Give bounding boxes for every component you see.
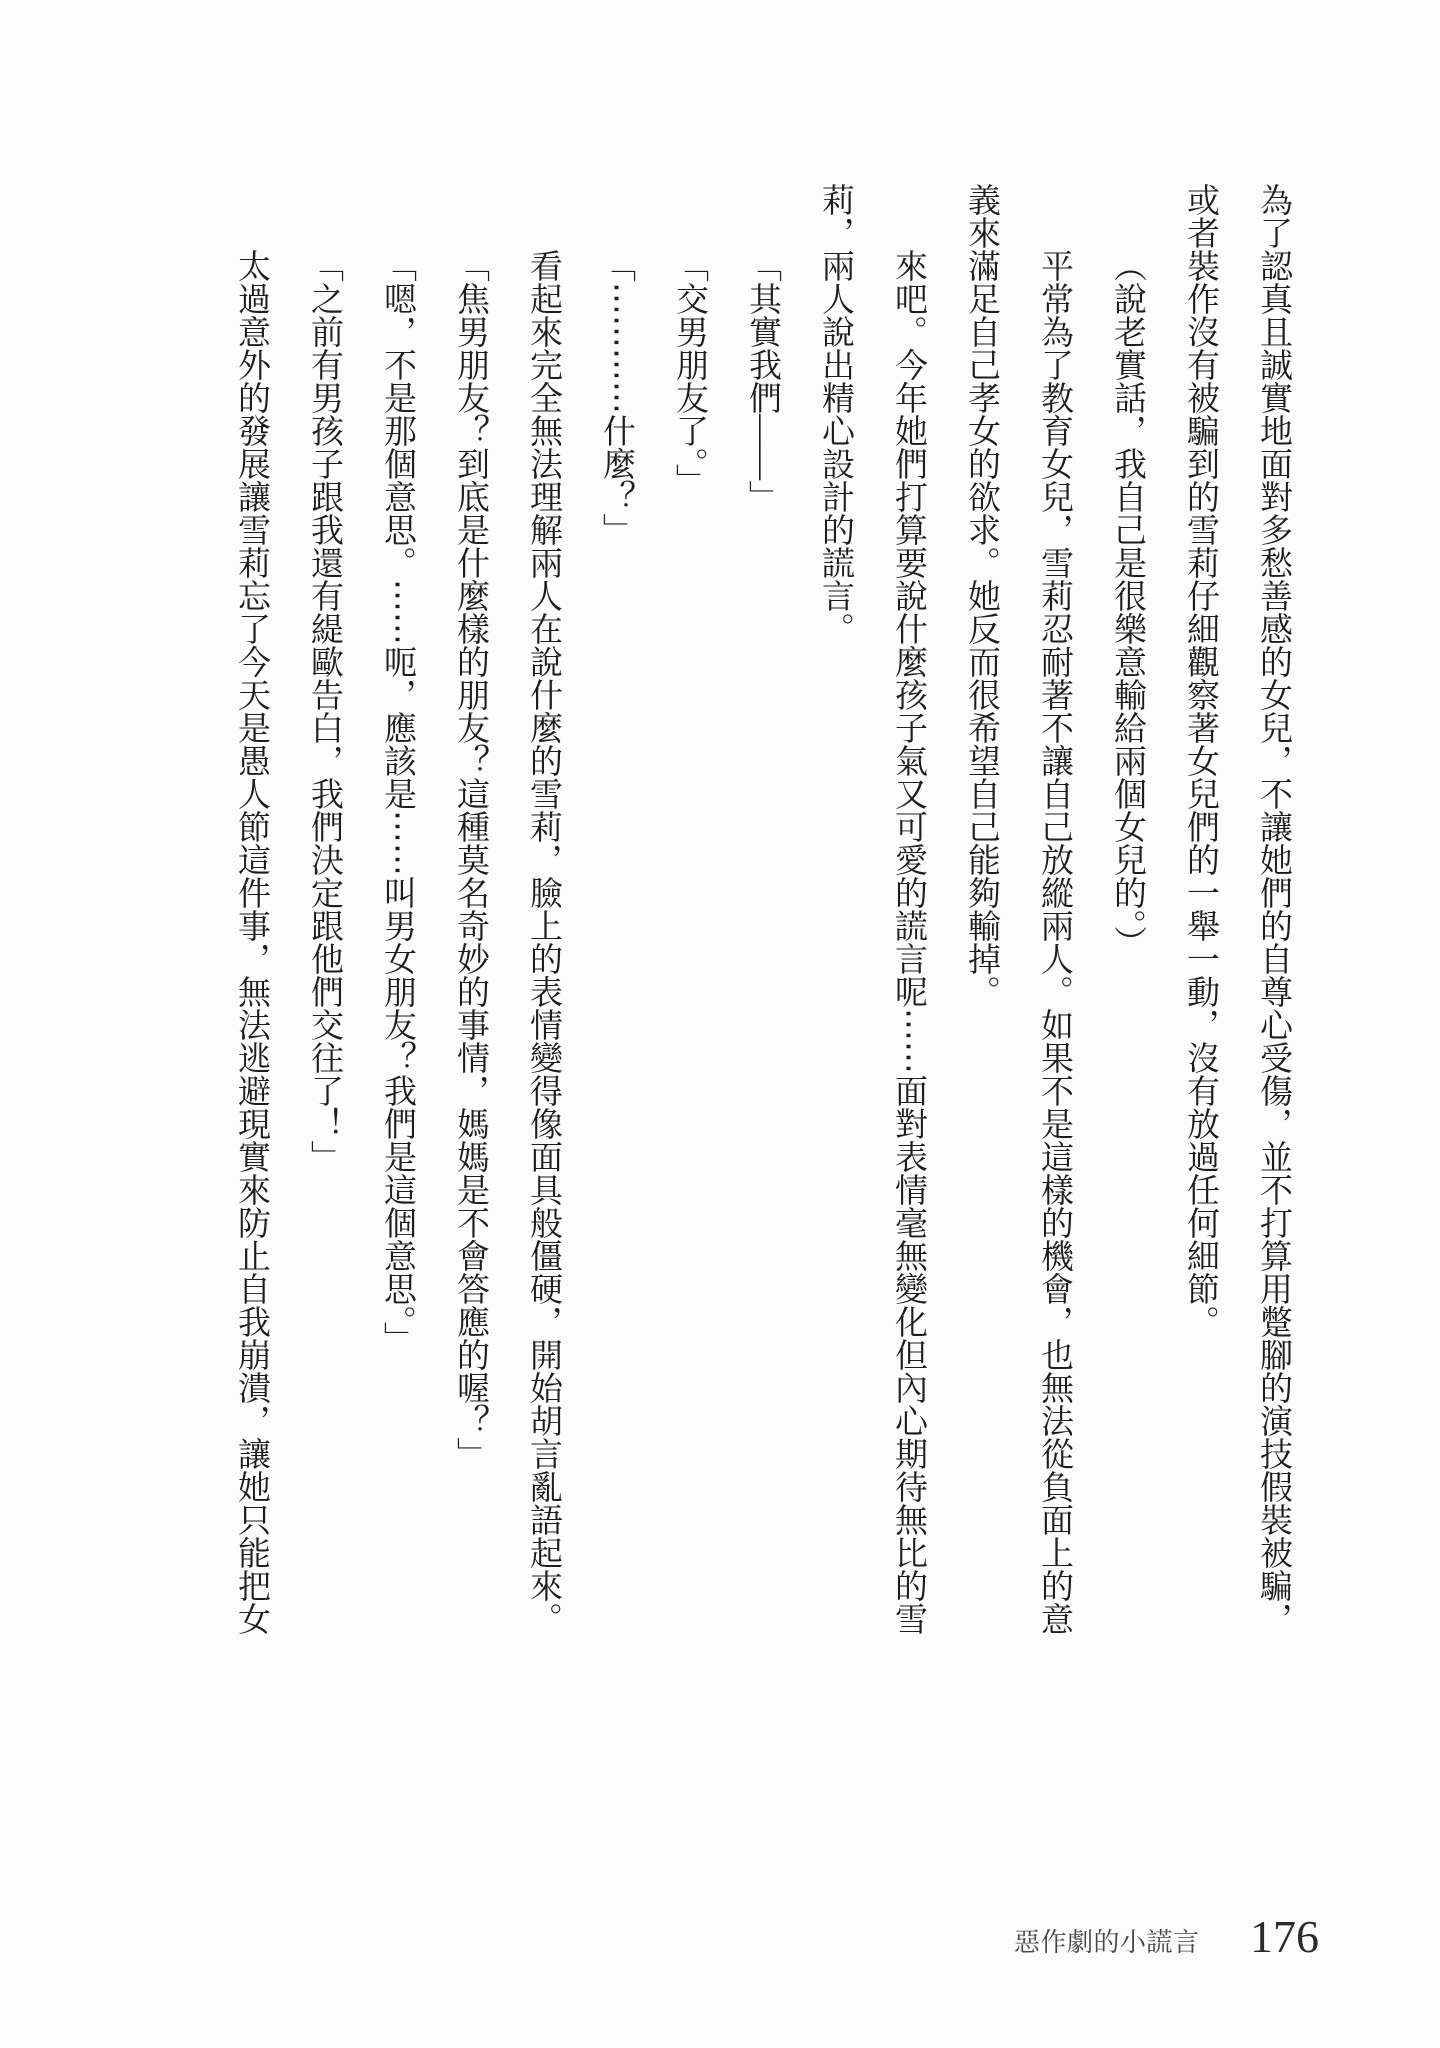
paragraph-dialogue: 「嗯，不是那個意思。⋯⋯呃，應該是⋯⋯叫男女朋友？我們是這個意思。」 — [360, 183, 433, 1641]
page-number: 176 — [1250, 1914, 1319, 1960]
paragraph-dialogue: 「⋯⋯⋯⋯什麼？」 — [579, 183, 652, 1641]
paragraph: 平常為了教育女兒，雪莉忍耐著不讓自己放縱兩人。如果不是這樣的機會，也無法從負面上… — [944, 183, 1090, 1641]
body-text: 為了認真且誠實地面對多愁善感的女兒，不讓她們的自尊心受傷，並不打算用蹩腳的演技假… — [211, 183, 1309, 1641]
paragraph: 看起來完全無法理解兩人在說什麼的雪莉，臉上的表情變得像面具般僵硬，開始胡言亂語起… — [506, 183, 579, 1641]
chapter-title: 惡作劇的小謊言 — [1014, 1928, 1200, 1958]
paragraph: 來吧。今年她們打算要說什麼孩子氣又可愛的謊言呢⋯⋯面對表情毫無變化但內心期待無比… — [798, 183, 944, 1641]
paragraph-dialogue: 「交男朋友了。」 — [652, 183, 725, 1641]
page-footer: 惡作劇的小謊言 176 — [0, 1900, 1440, 1980]
paragraph-dialogue: 「之前有男孩子跟我還有緹歐告白，我們決定跟他們交往了！」 — [287, 183, 360, 1641]
paragraph: 太過意外的發展讓雪莉忘了今天是愚人節這件事，無法逃避現實來防止自我崩潰，讓她只能… — [214, 183, 287, 1641]
paragraph-dialogue: 「其實我們——」 — [725, 183, 798, 1641]
paragraph: （說老實話，我自己是很樂意輸給兩個女兒的。） — [1090, 183, 1163, 1641]
paragraph: 為了認真且誠實地面對多愁善感的女兒，不讓她們的自尊心受傷，並不打算用蹩腳的演技假… — [1163, 183, 1309, 1641]
paragraph-dialogue: 「焦男朋友？到底是什麼樣的朋友？這種莫名奇妙的事情，媽媽是不會答應的喔？」 — [433, 183, 506, 1641]
book-page: 為了認真且誠實地面對多愁善感的女兒，不讓她們的自尊心受傷，並不打算用蹩腳的演技假… — [0, 0, 1440, 2048]
